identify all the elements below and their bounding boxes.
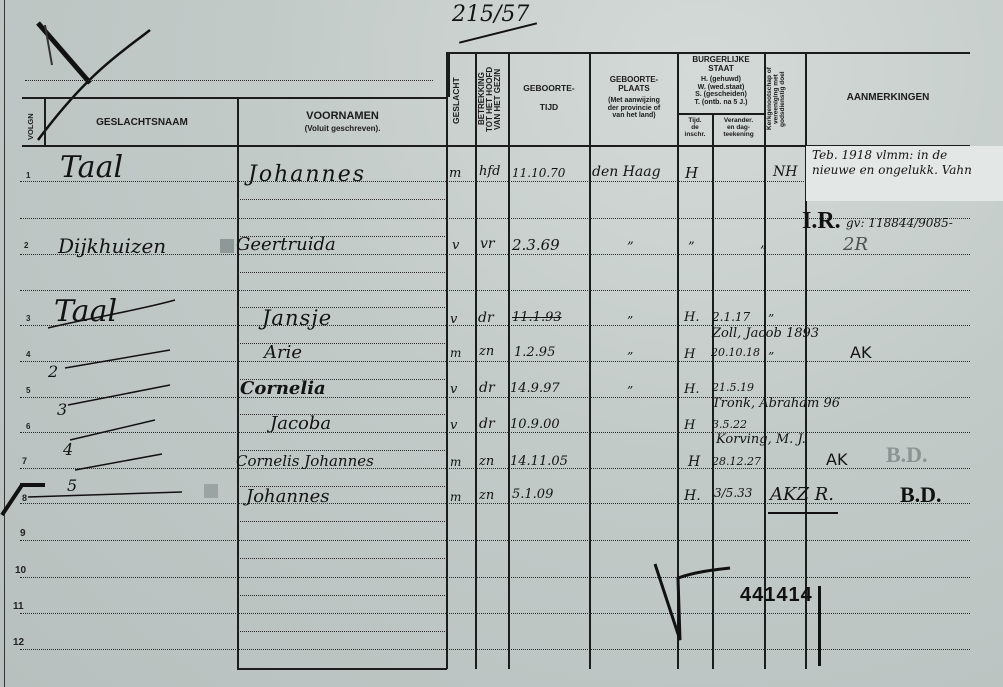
marital-status: H — [688, 454, 700, 470]
sex: v — [450, 418, 457, 433]
birth-date: 11.10.70 — [512, 166, 565, 180]
header-kerkgenootschap: Kerkgenootschap of vereeniging met godsd… — [767, 56, 803, 142]
birth-date: 11.1.93 — [512, 310, 562, 325]
given-name: Jansje — [262, 306, 332, 330]
marital-status: H. — [684, 310, 699, 325]
marital-date: 28.12.27 — [712, 455, 761, 468]
row-number: 12 — [13, 637, 24, 648]
relation: zn — [479, 454, 494, 469]
header-geboorteplaats-sub: (Met aanwijzing der provincie of van het… — [591, 97, 677, 120]
marital-date: 21.5.19 — [712, 381, 754, 394]
header-step — [448, 52, 450, 97]
row-number: 2 — [24, 241, 28, 250]
header-aanmerkingen: AANMERKINGEN — [806, 92, 970, 103]
header-betrekking: BETREKKING TOT HET HOOFD VAN HET GEZIN — [478, 56, 506, 142]
header-geboortetijd: GEBOORTE- TIJD — [510, 84, 588, 112]
marital-date: 3/5.33 — [714, 486, 752, 500]
register-number: 441414 — [740, 584, 813, 607]
birth-date: 1.2.95 — [514, 345, 555, 360]
stamp-square — [220, 239, 234, 253]
sex: m — [449, 166, 461, 181]
marital-status: H. — [684, 382, 699, 397]
marital-status: H — [684, 347, 695, 362]
birth-date: 10.9.00 — [510, 417, 560, 432]
remarks: AK — [850, 343, 871, 362]
relation: dr — [478, 310, 494, 326]
given-name: Arie — [264, 342, 302, 363]
header-geslachtsnaam: GESLACHTSNAAM — [48, 117, 236, 128]
marital-status: H — [684, 418, 695, 433]
birth-place: ” — [627, 350, 633, 364]
spouse-note: Korving, M. J. — [716, 432, 806, 447]
sex: v — [450, 382, 457, 397]
relation: vr — [480, 236, 495, 252]
stamp-square — [204, 484, 218, 498]
surname: Dijkhuizen — [58, 234, 166, 258]
birth-place: ” — [627, 314, 633, 328]
church: NH — [773, 164, 797, 180]
header-top-border-right — [448, 52, 970, 54]
top-dotted-line — [25, 80, 433, 81]
sex: m — [450, 346, 461, 360]
mark-number: 2 — [48, 362, 58, 381]
ir-stamp: I.R. — [802, 208, 841, 235]
row-number: 1 — [26, 171, 30, 180]
given-name: Jacoba — [270, 413, 331, 434]
row-number: 11 — [13, 601, 24, 612]
marital-date: 2.1.17 — [712, 310, 750, 324]
col-line-voornamen — [237, 97, 239, 669]
header-tijd-inschr: Tijd. de inschr. — [678, 117, 712, 138]
church: ” — [760, 244, 767, 259]
staat-subdivider — [677, 113, 764, 115]
bd-stamp: B.D. — [900, 482, 942, 508]
mark-number: 3 — [57, 400, 67, 419]
mark-number: 4 — [63, 440, 73, 459]
remarks-underline — [768, 512, 838, 514]
relation: zn — [479, 488, 494, 503]
header-top-border-left — [22, 97, 448, 99]
sex: m — [450, 455, 461, 469]
ir-note: gv: 118844/9085- — [846, 216, 953, 230]
birth-place: ” — [627, 384, 633, 398]
sex: v — [450, 312, 457, 327]
row-number: 10 — [15, 565, 26, 576]
birth-date: 2.3.69 — [512, 236, 560, 254]
header-voornamen: VOORNAMEN — [240, 110, 445, 122]
marital-status: H. — [684, 488, 701, 504]
given-name: Johannes — [248, 162, 366, 187]
remarks-note: Teb. 1918 vlmm: in de nieuwe en ongelukk… — [812, 148, 982, 178]
remarks: AKZ R. — [770, 484, 834, 505]
relation: hfd — [479, 164, 501, 179]
marital-date: 3.5.22 — [712, 418, 747, 431]
header-burgerlijke-staat-sub: H. (gehuwd) W. (wed.staat) S. (gescheide… — [678, 76, 764, 107]
register-number-bar — [818, 586, 821, 666]
relation: dr — [479, 380, 495, 396]
marital-status: H — [685, 164, 698, 182]
birth-place: ” — [627, 240, 634, 255]
given-name: Cornelia — [240, 378, 326, 399]
church: ” — [768, 350, 774, 364]
ir-initials: 2R — [843, 234, 868, 255]
birth-date: 14.9.97 — [510, 381, 560, 396]
given-name: Geertruida — [236, 234, 336, 255]
bd-stamp-faded: B.D. — [886, 442, 928, 468]
spouse-note: Zoll, Jacob 1893 — [712, 326, 819, 341]
col-line-volg — [44, 97, 46, 145]
given-name: Cornelis Johannes — [236, 452, 374, 470]
sex: m — [450, 490, 461, 504]
header-volg: VOLGN — [27, 112, 41, 142]
remarks: AK — [826, 450, 847, 469]
marital-date: 20.10.18 — [711, 346, 760, 359]
strike-marks-icon — [0, 280, 200, 530]
surname: Taal — [60, 150, 123, 185]
birth-date: 14.11.05 — [510, 454, 568, 469]
check-mark-icon — [650, 560, 740, 645]
relation: dr — [479, 416, 495, 432]
header-geslacht: GESLACHT — [452, 60, 470, 142]
marital-status: ” — [688, 240, 695, 255]
header-geboorteplaats: GEBOORTE- PLAATS — [591, 76, 677, 94]
church: ” — [768, 312, 774, 326]
given-name: Johannes — [246, 486, 329, 507]
birth-place: den Haag — [592, 164, 661, 180]
header-verandering: Verander. en dag- teekening — [713, 117, 764, 138]
spouse-note: Tronk, Abraham 96 — [712, 396, 840, 411]
sex: v — [452, 238, 459, 253]
relation: zn — [479, 344, 494, 359]
mark-number: 5 — [67, 476, 77, 495]
header-voornamen-sub: (Voluit geschreven). — [240, 125, 445, 134]
header-burgerlijke-staat: BURGERLIJKE STAAT — [678, 56, 764, 74]
birth-date: 5.1.09 — [512, 487, 553, 502]
folio-number: 215/57 — [452, 2, 529, 27]
population-register-card: 215/57 VOLGN GESLACHTSNAAM VOORNAMEN (Vo… — [0, 0, 1003, 687]
